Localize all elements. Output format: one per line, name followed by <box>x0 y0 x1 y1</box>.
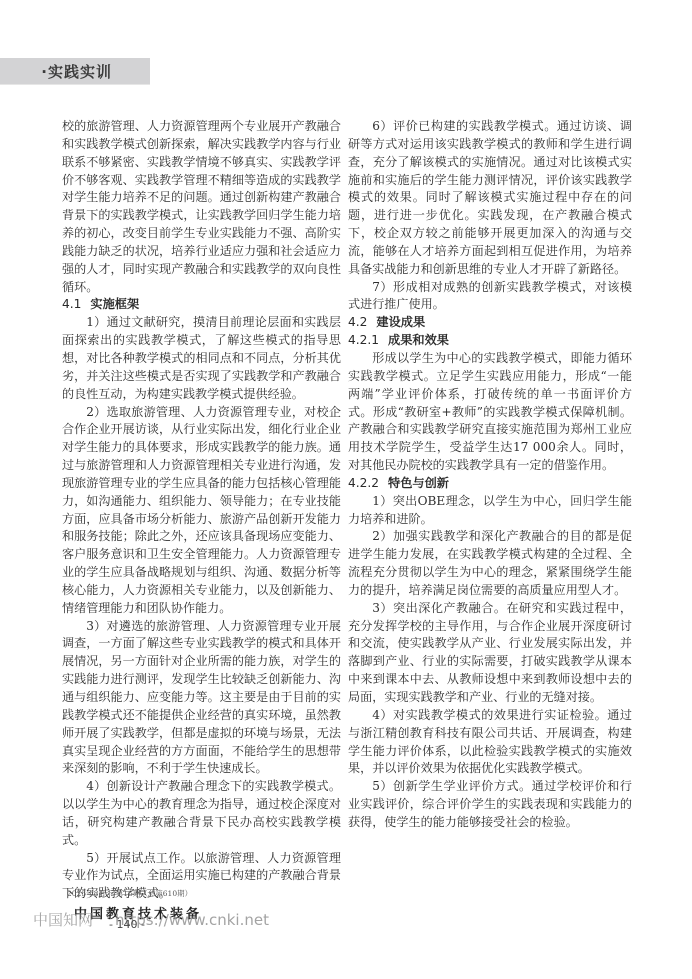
heading-number: 4.1 <box>62 297 81 311</box>
heading-4-2: 4.2建设成果 <box>348 314 632 332</box>
paragraph-step-2: 2）选取旅游管理、人力资源管理专业，对校企合作企业开展访谈，从行业实际出发，细化… <box>62 404 341 618</box>
paragraph-feature-2: 2）加强实践教学和深化产教融合的目的都是促进学生能力发展，在实践教学模式构建的全… <box>348 528 632 599</box>
watermark-cn: 中国知网 <box>33 911 93 929</box>
heading-title: 实施框架 <box>90 297 139 311</box>
paragraph-step-3: 3）对遴选的旅游管理、人力资源管理专业开展调查，一方面了解这些专业实践教学的模式… <box>62 618 341 779</box>
paragraph-step-4: 4）创新设计产教融合理念下的实践教学模式。以以学生为中心的教育理念为指导，通过校… <box>62 778 341 849</box>
section-header-band: ·实践实训 <box>0 58 150 85</box>
paragraph-step-1: 1）通过文献研究，摸清目前理论层面和实践层面探索出的实践教学模式，了解这些模式的… <box>62 314 341 403</box>
left-column: 校的旅游管理、人力资源管理两个专业展开产教融合和实践教学模式创新探索，解决实践教… <box>62 118 341 903</box>
cnki-watermark: 中国知网https://www.cnki.net <box>33 909 269 930</box>
paragraph-feature-1: 1）突出OBE理念，以学生为中心，回归学生能力培养和进阶。 <box>348 493 632 529</box>
heading-number: 4.2.1 <box>348 333 379 347</box>
heading-number: 4.2 <box>348 315 367 329</box>
heading-4-2-1: 4.2.1成果和效果 <box>348 332 632 350</box>
issue-info: 2025年8月下 第16期（总第610期） <box>67 888 192 899</box>
paragraph-feature-4: 4）对实践教学模式的效果进行实证检验。通过与浙江精创教育科技有限公司共话、开展调… <box>348 707 632 778</box>
paragraph-intro-continued: 校的旅游管理、人力资源管理两个专业展开产教融合和实践教学模式创新探索，解决实践教… <box>62 118 341 296</box>
heading-title: 成果和效果 <box>388 333 449 347</box>
paragraph-results: 形成以学生为中心的实践教学模式，即能力循环实践教学模式。立足学生实践应用能力，形… <box>348 350 632 475</box>
heading-title: 特色与创新 <box>388 476 449 490</box>
paragraph-step-6: 6）评价已构建的实践教学模式。通过访谈、调研等方式对运用该实践教学模式的教师和学… <box>348 118 632 279</box>
heading-number: 4.2.2 <box>348 476 379 490</box>
right-column: 6）评价已构建的实践教学模式。通过访谈、调研等方式对运用该实践教学模式的教师和学… <box>348 118 632 832</box>
paragraph-step-7: 7）形成相对成熟的创新实践教学模式，对该模式进行推广使用。 <box>348 279 632 315</box>
heading-4-2-2: 4.2.2特色与创新 <box>348 475 632 493</box>
section-label: ·实践实训 <box>41 61 112 82</box>
paragraph-feature-5: 5）创新学生学业评价方式。通过学校评价和行业实践评价，综合评价学生的实践表现和实… <box>348 778 632 832</box>
paragraph-feature-3: 3）突出深化产教融合。在研究和实践过程中，充分发挥学校的主导作用，与合作企业展开… <box>348 600 632 707</box>
page-number: - 140 - <box>109 918 145 931</box>
heading-title: 建设成果 <box>376 315 425 329</box>
heading-4-1: 4.1实施框架 <box>62 296 341 314</box>
